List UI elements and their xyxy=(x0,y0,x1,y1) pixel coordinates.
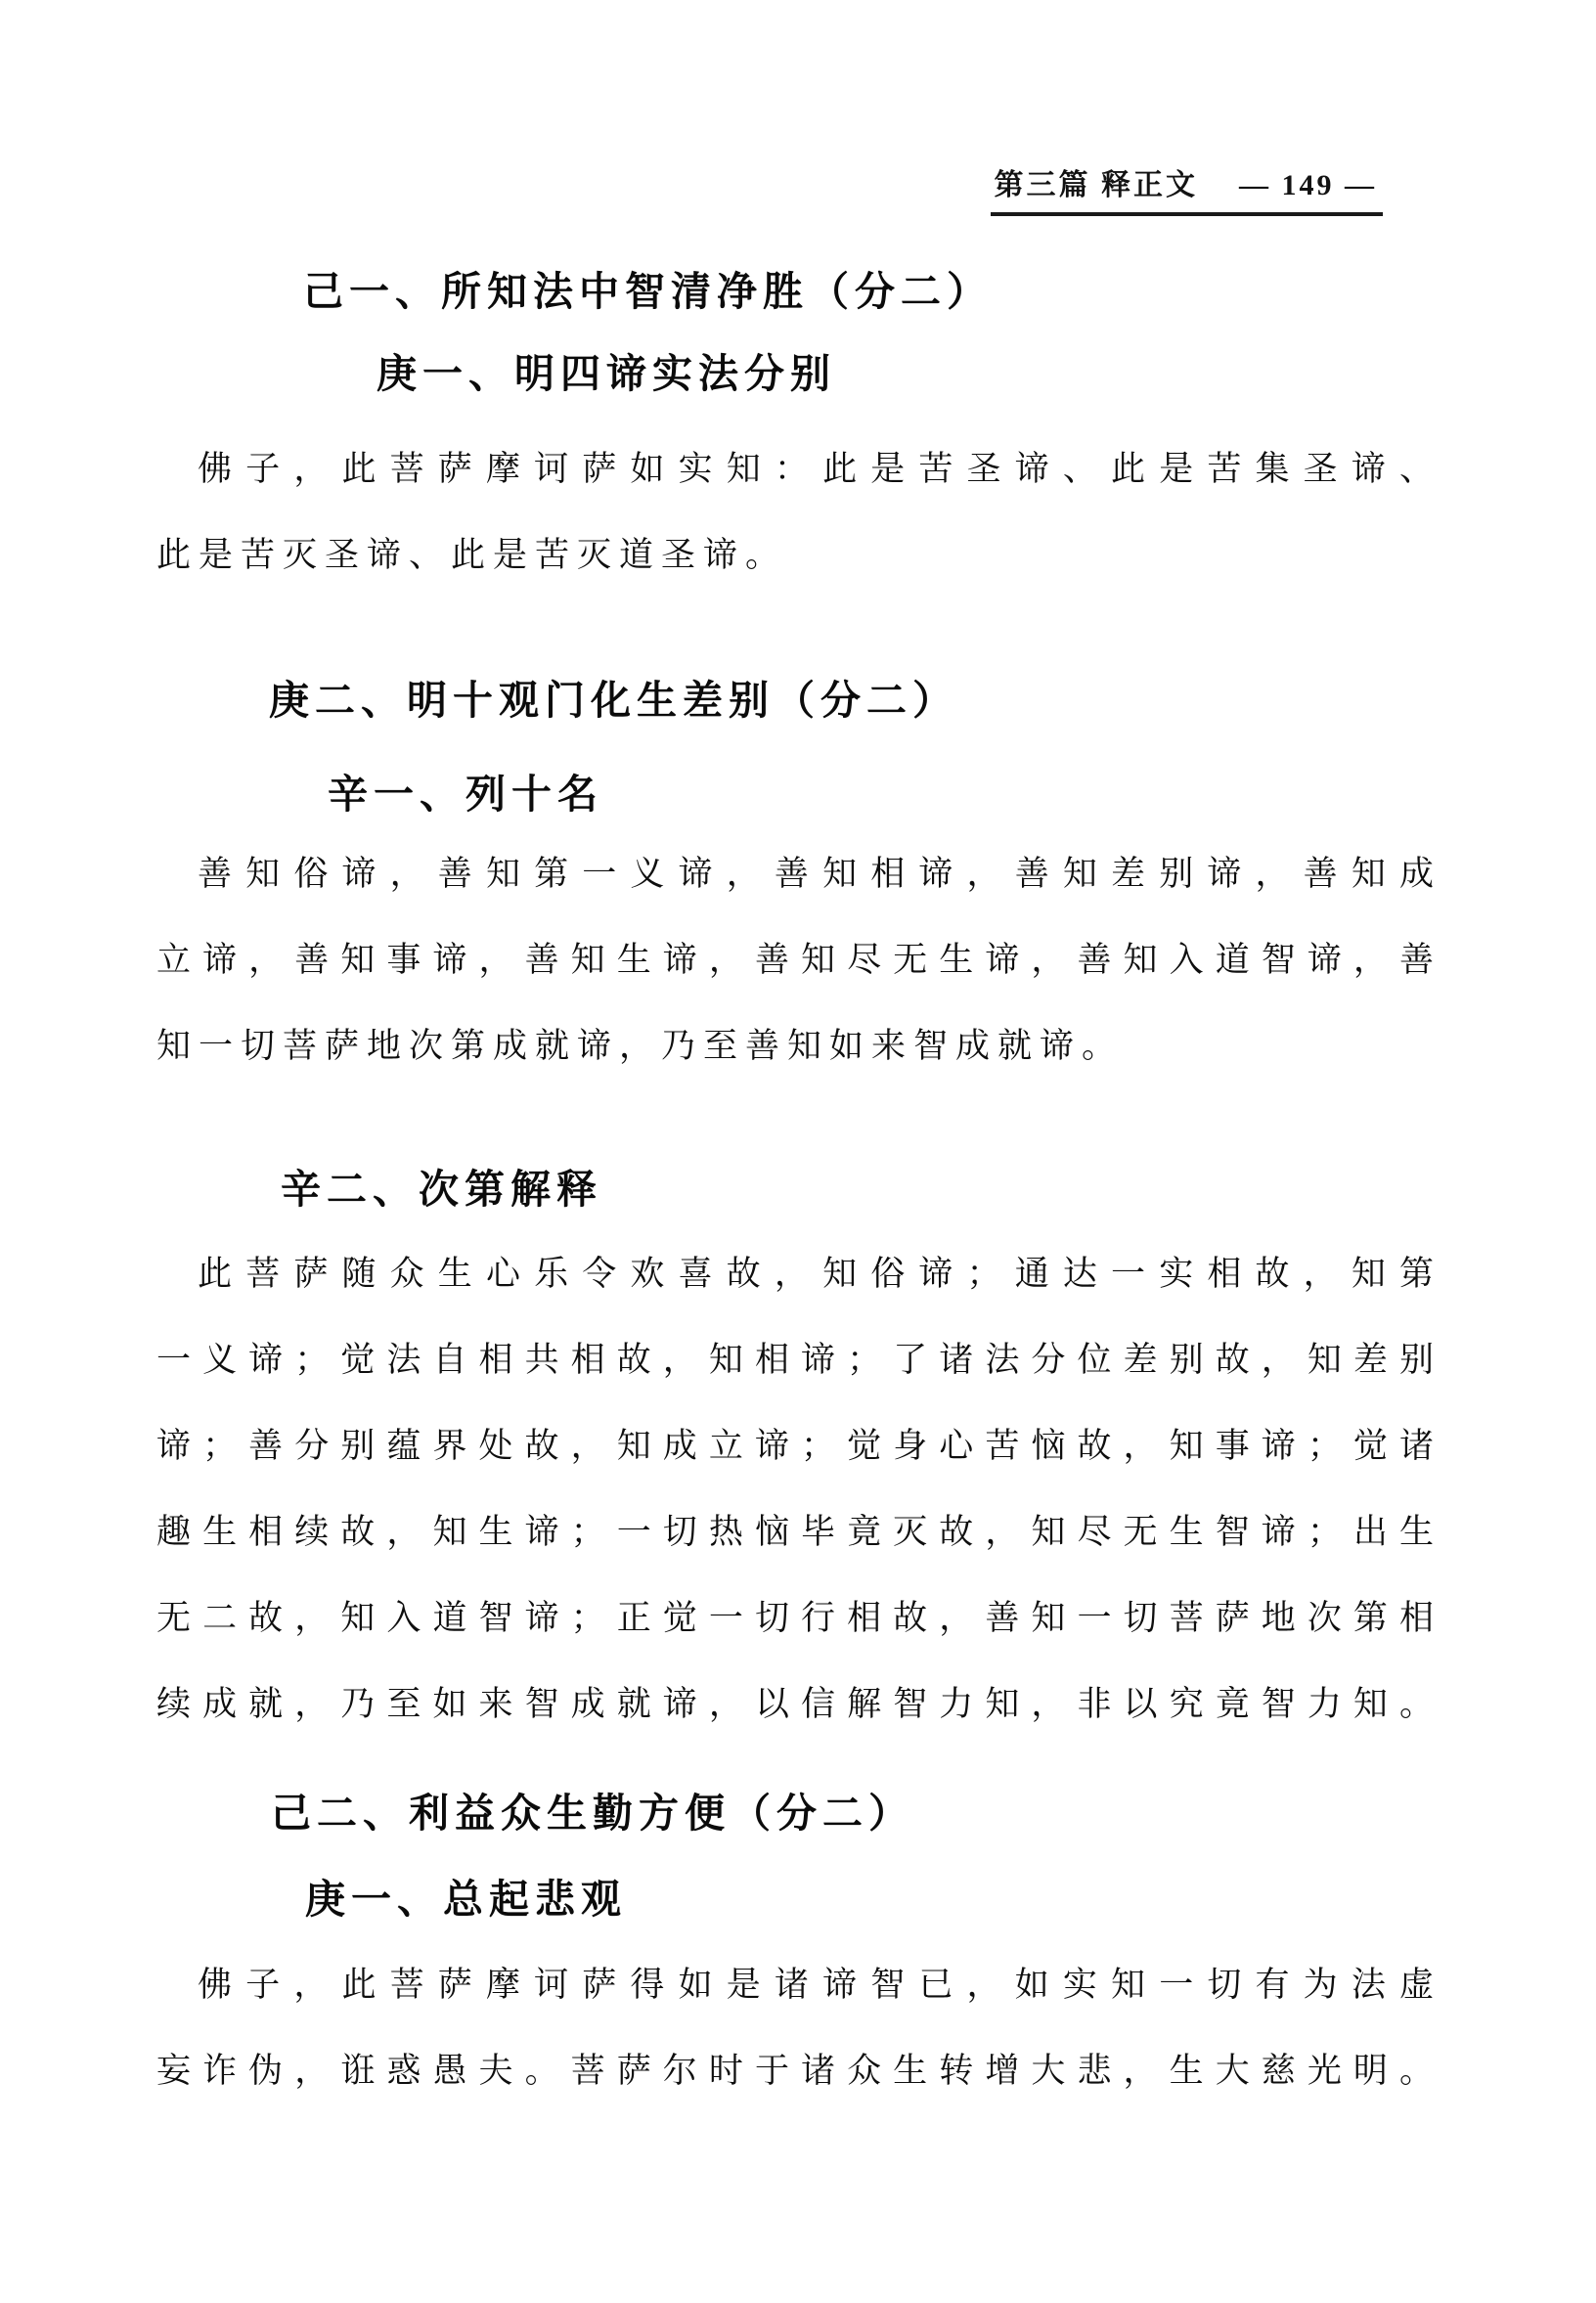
heading-ji-1: 己一、所知法中智清净胜（分二） xyxy=(303,266,1441,317)
text-line: 知一切菩萨地次第成就谛，乃至善知如来智成就谛。 xyxy=(156,1003,1441,1089)
text-line: 立谛，善知事谛，善知生谛，善知尽无生谛，善知入道智谛，善 xyxy=(156,917,1441,1003)
text-line: 佛子，此菩萨摩诃萨如实知：此是苦圣谛、此是苦集圣谛、 xyxy=(156,426,1441,512)
text-line: 佛子，此菩萨摩诃萨得如是诸谛智已，如实知一切有为法虚 xyxy=(156,1942,1441,2028)
paragraph-four-truths: 佛子，此菩萨摩诃萨如实知：此是苦圣谛、此是苦集圣谛、 此是苦灭圣谛、此是苦灭道圣… xyxy=(156,426,1441,598)
heading-xin-1: 辛一、列十名 xyxy=(328,769,1441,819)
heading-ji-2: 己二、利益众生勤方便（分二） xyxy=(271,1788,1441,1838)
text-line: 无二故，知入道智谛；正觉一切行相故，善知一切菩萨地次第相 xyxy=(156,1575,1441,1661)
text-line: 此是苦灭圣谛、此是苦灭道圣谛。 xyxy=(156,512,1441,598)
text-line: 续成就，乃至如来智成就谛，以信解智力知，非以究竟智力知。 xyxy=(156,1661,1441,1748)
text-line: 谛；善分别蕴界处故，知成立谛；觉身心苦恼故，知事谛；觉诸 xyxy=(156,1403,1441,1489)
heading-geng-1b: 庚一、总起悲观 xyxy=(305,1874,1441,1925)
heading-xin-2: 辛二、次第解释 xyxy=(281,1164,1441,1215)
text-line: 善知俗谛，善知第一义谛，善知相谛，善知差别谛，善知成 xyxy=(156,831,1441,917)
paragraph-sequential-explanation: 此菩萨随众生心乐令欢喜故，知俗谛；通达一实相故，知第 一义谛；觉法自相共相故，知… xyxy=(156,1231,1441,1748)
heading-geng-1: 庚一、明四谛实法分别 xyxy=(377,348,1441,399)
paragraph-ten-names: 善知俗谛，善知第一义谛，善知相谛，善知差别谛，善知成 立谛，善知事谛，善知生谛，… xyxy=(156,831,1441,1089)
page-content: 己一、所知法中智清净胜（分二） 庚一、明四谛实法分别 佛子，此菩萨摩诃萨如实知：… xyxy=(0,0,1596,2303)
text-line: 此菩萨随众生心乐令欢喜故，知俗谛；通达一实相故，知第 xyxy=(156,1231,1441,1317)
text-line: 趣生相续故，知生谛；一切热恼毕竟灭故，知尽无生智谛；出生 xyxy=(156,1489,1441,1575)
text-line: 妄诈伪，诳惑愚夫。菩萨尔时于诸众生转增大悲，生大慈光明。 xyxy=(156,2028,1441,2114)
heading-geng-2: 庚二、明十观门化生差别（分二） xyxy=(269,675,1441,726)
book-page: 第三篇 释正文 — 149 — 己一、所知法中智清净胜（分二） 庚一、明四谛实法… xyxy=(0,0,1596,2303)
text-line: 一义谛；觉法自相共相故，知相谛；了诸法分位差别故，知差别 xyxy=(156,1317,1441,1403)
paragraph-compassion: 佛子，此菩萨摩诃萨得如是诸谛智已，如实知一切有为法虚 妄诈伪，诳惑愚夫。菩萨尔时… xyxy=(156,1942,1441,2114)
